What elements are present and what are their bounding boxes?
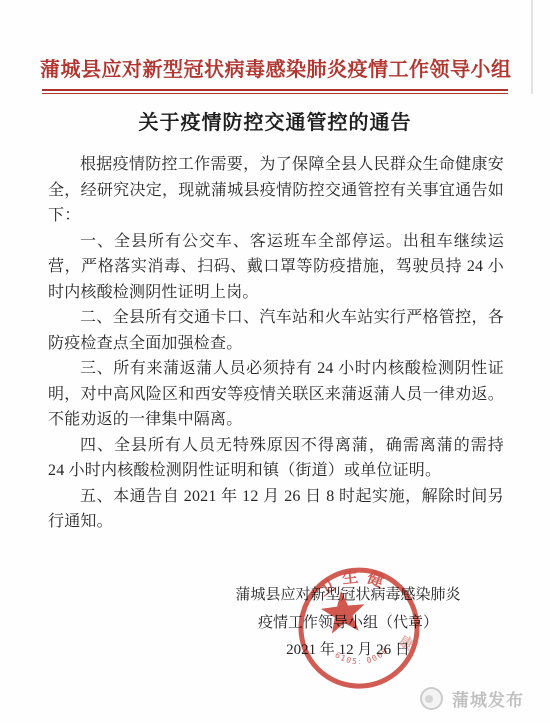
seal-ring-text: 卫生健 [314,564,395,601]
letterhead-rule-thick [42,89,508,91]
watermark-text: 蒲城发布 [452,686,524,711]
notice-item-2: 二、全县所有交通卡口、汽车站和火车站实行严格管控，各防疫检查点全面加强检查。 [48,305,504,356]
letterhead-rule-thin [42,93,508,94]
notice-item-1: 一、全县所有公交车、客运班车全部停运。出租车继续运营，严格落实消毒、扫码、戴口罩… [48,229,504,306]
notice-title: 关于疫情防控交通管控的通告 [0,106,550,135]
svg-text:卫生健: 卫生健 [314,564,395,601]
svg-text:6105：0068: 6105：0068 [333,645,392,669]
notice-document-page: 蒲城县应对新型冠状病毒感染肺炎疫情工作领导小组 关于疫情防控交通管控的通告 根据… [0,0,550,723]
letterhead-org-name: 蒲城县应对新型冠状病毒感染肺炎疫情工作领导小组 [40,53,510,82]
notice-item-3: 三、所有来蒲返蒲人员必须持有 24 小时内核酸检测阴性证明，对中高风险区和西安等… [48,356,504,433]
intro-paragraph: 根据疫情防控工作需要，为了保障全县人民群众生命健康安全，经研究决定，现就蒲城县疫… [48,152,504,229]
notice-item-4: 四、全县所有人员无特殊原因不得离蒲，确需离蒲的需持 24 小时内核酸检测阴性证明… [48,433,504,484]
pucheng-fabu-logo-icon [420,687,443,710]
official-seal-icon: 卫生健 康 6105：0068 [285,552,435,703]
scan-artifact-line [531,0,533,94]
notice-item-5: 五、本通告自 2021 年 12 月 26 日 8 时起实施，解除时间另行通知。 [48,484,504,535]
watermark: 蒲城发布 [420,686,524,711]
seal-code: 6105：0068 [333,645,392,669]
notice-body: 根据疫情防控工作需要，为了保障全县人民群众生命健康安全，经研究决定，现就蒲城县疫… [48,152,504,535]
